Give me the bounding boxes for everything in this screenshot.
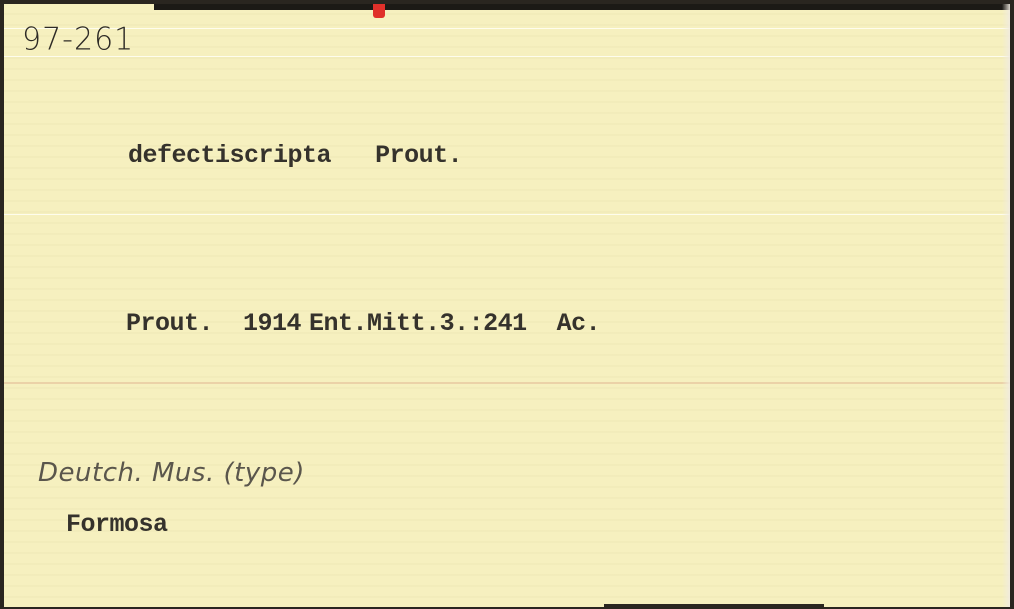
species-name: defectiscripta <box>128 141 331 170</box>
museum-note: Deutch. Mus. (type) <box>38 458 305 488</box>
index-card: 97-261 defectiscriptaProut. Prout.1914En… <box>4 4 1010 607</box>
citation-reference: Ent.Mitt.3.:241 <box>309 309 527 338</box>
citation-year: 1914 <box>243 309 301 338</box>
citation-tag: Ac. <box>557 309 601 338</box>
card-top-shadow <box>154 4 1010 10</box>
species-author: Prout. <box>375 141 462 170</box>
citation-author: Prout. <box>126 309 213 338</box>
accession-number: 97-261 <box>22 21 134 58</box>
card-bottom-shadow <box>604 604 824 607</box>
species-line: defectiscriptaProut. <box>70 112 462 199</box>
red-tab-marker <box>373 4 385 18</box>
locality: Formosa <box>66 510 168 539</box>
ruled-line <box>4 28 1010 29</box>
red-ruled-line <box>4 382 1010 384</box>
card-right-edge <box>1002 4 1010 607</box>
ruled-line <box>4 56 1010 57</box>
ruled-line <box>4 214 1010 215</box>
citation-line: Prout.1914Ent.Mitt.3.:241Ac. <box>68 280 600 367</box>
